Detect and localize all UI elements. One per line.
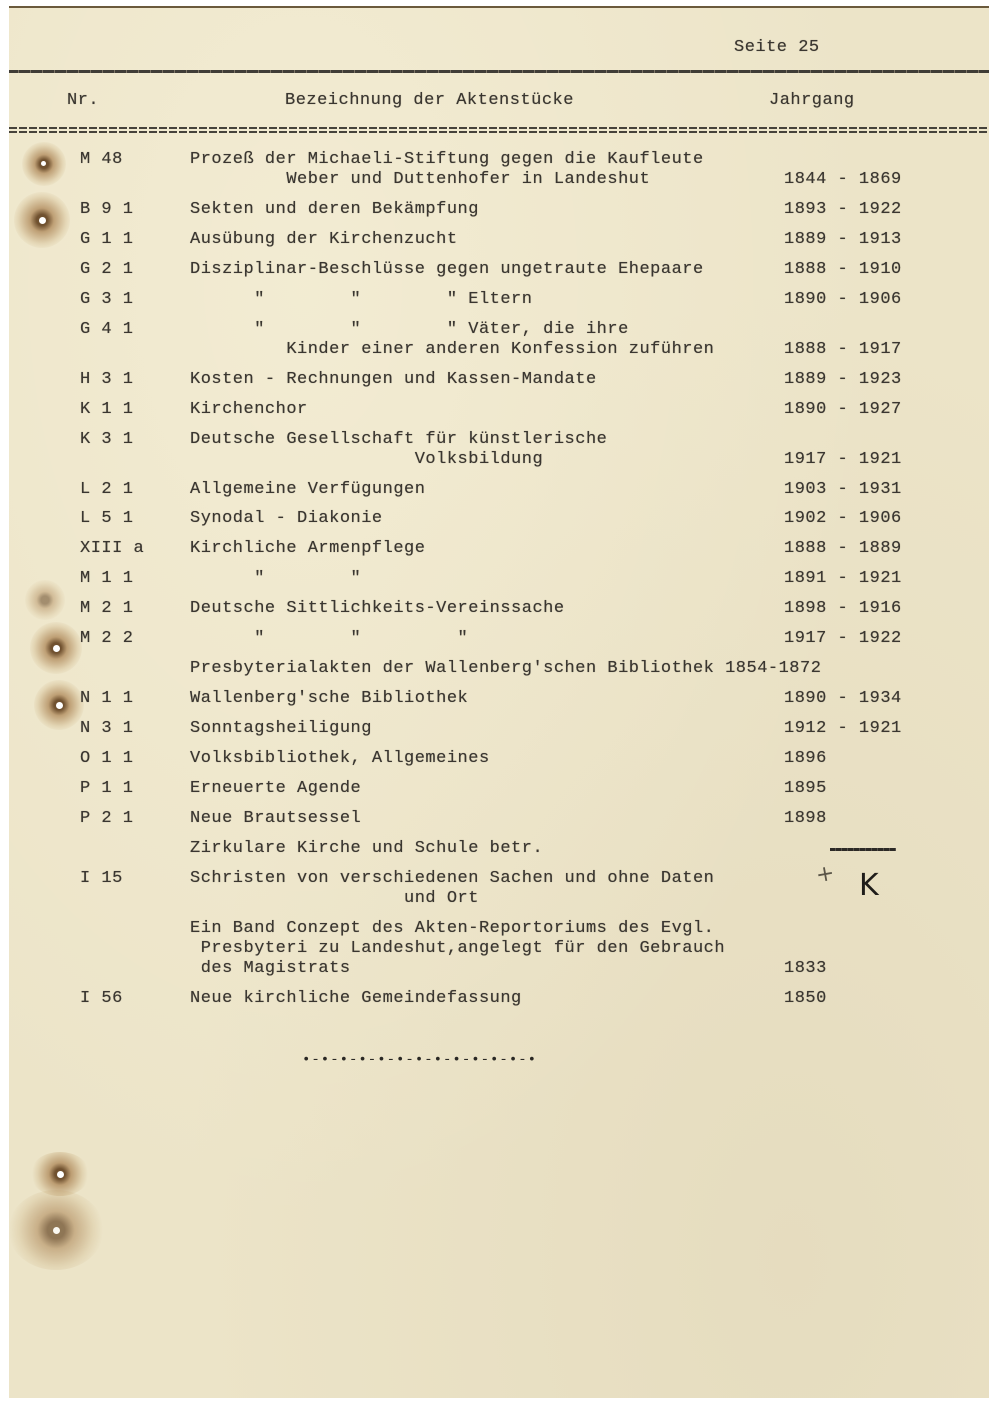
record-number: P 1 1 <box>80 779 134 798</box>
record-number: G 1 1 <box>80 230 134 249</box>
header-rule-double <box>9 127 989 133</box>
record-years: 1898 <box>784 809 827 828</box>
record-years: 1895 <box>784 779 827 798</box>
record-description: Neue kirchliche Gemeindefassung <box>190 989 522 1008</box>
record-description: Allgemeine Verfügungen <box>190 480 425 499</box>
record-number: B 9 1 <box>80 200 134 219</box>
record-description: Presbyterialakten der Wallenberg'schen B… <box>190 659 821 678</box>
record-number: I 56 <box>80 989 123 1008</box>
record-description: Ausübung der Kirchenzucht <box>190 230 458 249</box>
record-years: 1850 <box>784 989 827 1008</box>
record-years: 1890 - 1934 <box>784 689 902 708</box>
record-description: Ein Band Conzept des Akten-Reportoriums … <box>190 919 714 938</box>
record-years: 1898 - 1916 <box>784 599 902 618</box>
record-number: M 2 1 <box>80 599 134 618</box>
record-description: Kosten - Rechnungen und Kassen-Mandate <box>190 370 597 389</box>
record-number: K 3 1 <box>80 430 134 449</box>
record-description: " " <box>190 569 361 588</box>
record-number: M 2 2 <box>80 629 134 648</box>
record-number: L 2 1 <box>80 480 134 499</box>
record-number: N 3 1 <box>80 719 134 738</box>
dash-placeholder <box>830 848 896 851</box>
record-description: " " " <box>190 629 468 648</box>
record-description: Volksbibliothek, Allgemeines <box>190 749 490 768</box>
record-years: 1844 - 1869 <box>784 170 902 189</box>
record-number: P 2 1 <box>80 809 134 828</box>
record-description: Erneuerte Agende <box>190 779 361 798</box>
record-description: " " " Väter, die ihre <box>190 320 629 339</box>
record-description: Wallenberg'sche Bibliothek <box>190 689 468 708</box>
record-description: Weber und Duttenhofer in Landeshut <box>190 170 650 189</box>
record-years: 1890 - 1906 <box>784 290 902 309</box>
record-years: 1902 - 1906 <box>784 509 902 528</box>
record-number: H 3 1 <box>80 370 134 389</box>
record-description: Zirkulare Kirche und Schule betr. <box>190 839 543 858</box>
record-years: 1893 - 1922 <box>784 200 902 219</box>
record-years: 1833 <box>784 959 827 978</box>
record-number: G 4 1 <box>80 320 134 339</box>
record-number: M 1 1 <box>80 569 134 588</box>
record-description: Disziplinar-Beschlüsse gegen ungetraute … <box>190 260 704 279</box>
record-description: und Ort <box>190 889 479 908</box>
record-years: 1889 - 1923 <box>784 370 902 389</box>
record-years: 1912 - 1921 <box>784 719 902 738</box>
record-number: I 15 <box>80 869 123 888</box>
burn-mark <box>25 580 65 620</box>
record-years: 1896 <box>784 749 827 768</box>
header-rule-top <box>9 70 989 73</box>
record-years: 1903 - 1931 <box>784 480 902 499</box>
record-number: K 1 1 <box>80 400 134 419</box>
record-years: 1917 - 1922 <box>784 629 902 648</box>
column-header-year: Jahrgang <box>769 91 855 110</box>
record-number: G 3 1 <box>80 290 134 309</box>
record-description: Prozeß der Michaeli-Stiftung gegen die K… <box>190 150 704 169</box>
handwritten-mark: K <box>859 868 879 903</box>
burn-mark <box>34 680 84 730</box>
record-description: des Magistrats <box>190 959 351 978</box>
record-description: Kinder einer anderen Konfession zuführen <box>190 340 714 359</box>
record-description: " " " Eltern <box>190 290 532 309</box>
burn-mark <box>8 1190 104 1270</box>
record-years: 1888 - 1910 <box>784 260 902 279</box>
burn-mark <box>22 142 66 186</box>
record-years: 1890 - 1927 <box>784 400 902 419</box>
closing-divider: •-•-•-•-•-•-•-•-•-•-•-•-• <box>302 1052 537 1068</box>
record-number: N 1 1 <box>80 689 134 708</box>
record-number: L 5 1 <box>80 509 134 528</box>
record-number: G 2 1 <box>80 260 134 279</box>
record-number: XIII a <box>80 539 144 558</box>
page-number: Seite 25 <box>734 38 820 57</box>
record-years: 1889 - 1913 <box>784 230 902 249</box>
burn-mark <box>30 622 82 674</box>
column-header-nr: Nr. <box>67 91 99 110</box>
record-description: Kirchliche Armenpflege <box>190 539 425 558</box>
record-description: Sekten und deren Bekämpfung <box>190 200 479 219</box>
record-years: 1917 - 1921 <box>784 450 902 469</box>
record-years: 1888 - 1917 <box>784 340 902 359</box>
burn-mark <box>14 192 70 248</box>
record-number: O 1 1 <box>80 749 134 768</box>
column-header-description: Bezeichnung der Aktenstücke <box>285 91 574 110</box>
record-description: Kirchenchor <box>190 400 308 419</box>
record-number: M 48 <box>80 150 123 169</box>
record-years: 1891 - 1921 <box>784 569 902 588</box>
record-description: Deutsche Gesellschaft für künstlerische <box>190 430 607 449</box>
record-description: Deutsche Sittlichkeits-Vereinssache <box>190 599 565 618</box>
record-description: Presbyteri zu Landeshut,angelegt für den… <box>190 939 725 958</box>
record-years: 1888 - 1889 <box>784 539 902 558</box>
record-description: Schristen von verschiedenen Sachen und o… <box>190 869 714 888</box>
record-description: Synodal - Diakonie <box>190 509 383 528</box>
record-description: Volksbildung <box>190 450 543 469</box>
record-description: Neue Brautsessel <box>190 809 361 828</box>
record-description: Sonntagsheiligung <box>190 719 372 738</box>
